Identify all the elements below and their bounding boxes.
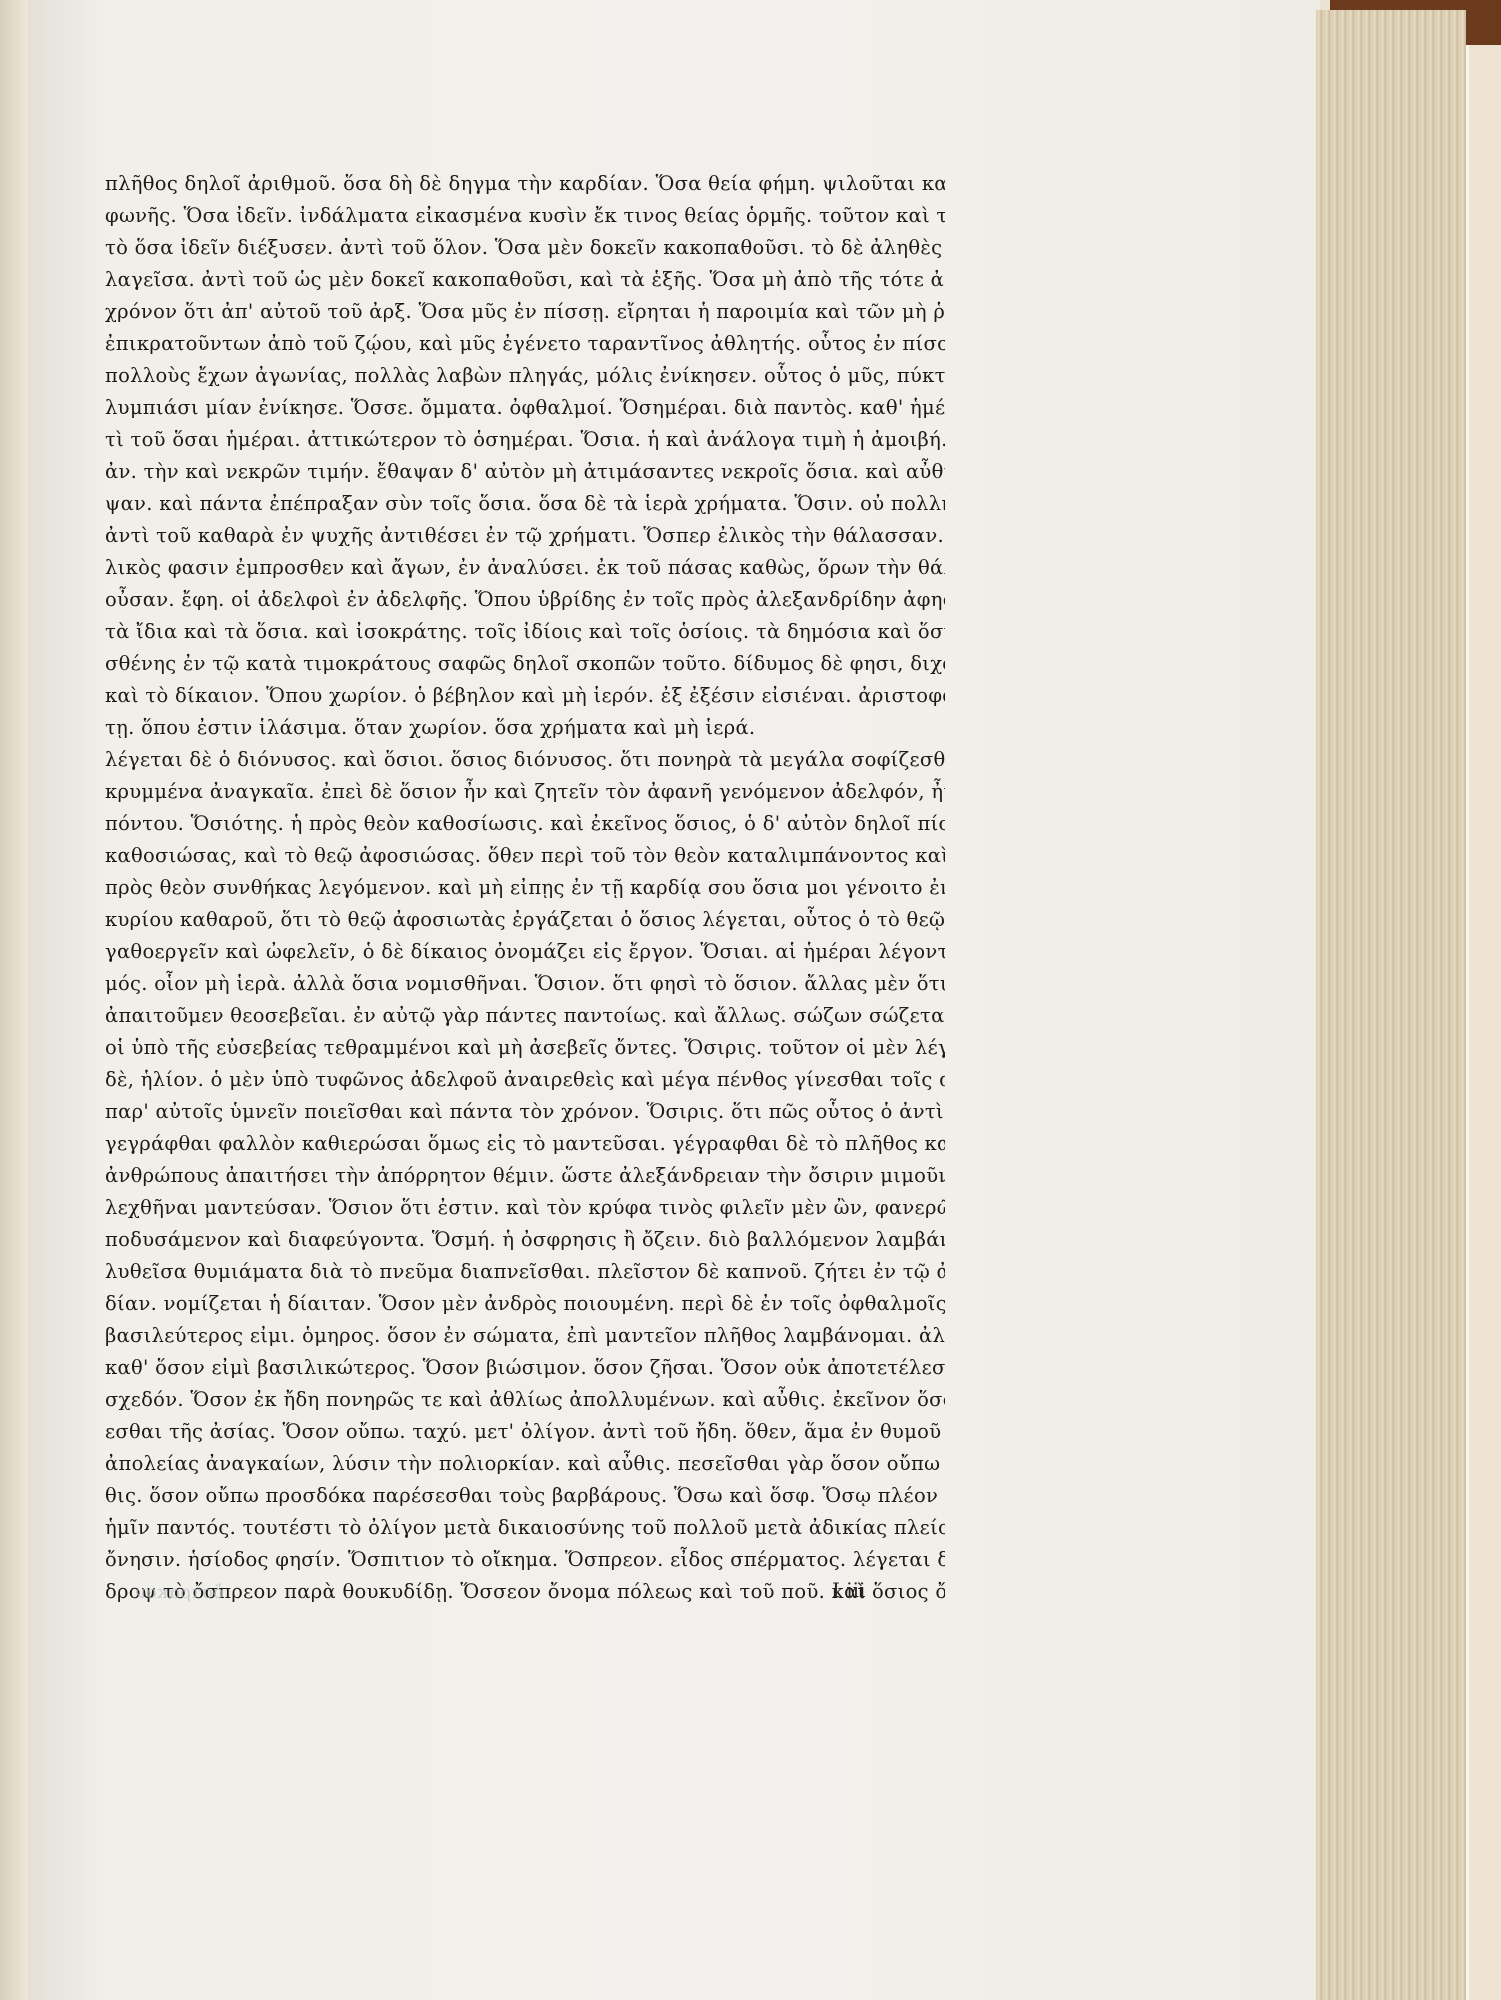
text-line: ἀπολείας ἀναγκαίων, λύσιν τὴν πολιορκίαν…: [105, 1448, 945, 1480]
text-line: καθ' ὅσον εἰμὶ βασιλικώτερος. Ὅσον βιώσι…: [105, 1352, 945, 1384]
text-line: τὶ τοῦ ὅσαι ἡμέραι. ἀττικώτερον τὸ ὁσημέ…: [105, 424, 945, 456]
text-line: δροψ τὸ ὄσπρεον παρὰ θουκυδίδῃ. Ὅσσεον ὄ…: [105, 1576, 945, 1608]
text-line: θις. ὅσον οὔπω προσδόκα παρέσεσθαι τοὺς …: [105, 1480, 945, 1512]
text-line: πρὸς θεὸν συνθήκας λεγόμενον. καὶ μὴ εἰπ…: [105, 872, 945, 904]
text-line: κρυμμένα ἀναγκαῖα. ἐπεὶ δὲ ὅσιον ἦν καὶ …: [105, 776, 945, 808]
text-line: βασιλεύτερος εἰμι. ὁμηρος. ὅσον ἐν σώματ…: [105, 1320, 945, 1352]
text-line: ψαν. καὶ πάντα ἐπέπραξαν σὺν τοῖς ὅσια. …: [105, 488, 945, 520]
page-block-edges: [1316, 10, 1466, 2000]
text-line: τὰ ἴδια καὶ τὰ ὅσια. καὶ ἰσοκράτης. τοῖς…: [105, 616, 945, 648]
text-line: σχεδόν. Ὅσον ἐκ ἤδη πονηρῶς τε καὶ ἀθλίω…: [105, 1384, 945, 1416]
text-line: οἱ ὑπὸ τῆς εὐσεβείας τεθραμμένοι καὶ μὴ …: [105, 1032, 945, 1064]
facing-page-edge: [0, 0, 30, 2000]
text-line: ἀπαιτοῦμεν θεοσεβεῖαι. ἐν αὐτῷ γὰρ πάντε…: [105, 1000, 945, 1032]
text-line: φωνῆς. Ὅσα ἰδεῖν. ἰνδάλματα εἰκασμένα κυ…: [105, 200, 945, 232]
text-line: ἀν. τὴν καὶ νεκρῶν τιμήν. ἔθαψαν δ' αὐτὸ…: [105, 456, 945, 488]
text-line: εσθαι τῆς ἀσίας. Ὅσον οὔπω. ταχύ. μετ' ὀ…: [105, 1416, 945, 1448]
text-line: καθοσιώσας, καὶ τὸ θεῷ ἀφοσιώσας. ὅθεν π…: [105, 840, 945, 872]
show-through-text: ὄστρακον: [135, 1582, 224, 1603]
text-line: δίαν. νομίζεται ἡ δίαιταν. Ὅσον μὲν ἀνδρ…: [105, 1288, 945, 1320]
text-line: πολλοὺς ἔχων ἀγωνίας, πολλὰς λαβὼν πληγά…: [105, 360, 945, 392]
text-line: γεγράφθαι φαλλὸν καθιερώσαι ὅμως εἰς τὸ …: [105, 1128, 945, 1160]
text-line: λυμπιάσι μίαν ἐνίκησε. Ὅσσε. ὄμματα. ὀφθ…: [105, 392, 945, 424]
text-line: ποδυσάμενον καὶ διαφεύγοντα. Ὅσμή. ἡ ὀσφ…: [105, 1224, 945, 1256]
text-line: ἡμῖν παντός. τουτέστι τὸ ὀλίγον μετὰ δικ…: [105, 1512, 945, 1544]
text-line: πόντου. Ὅσιότης. ἡ πρὸς θεὸν καθοσίωσις.…: [105, 808, 945, 840]
text-line: λέγεται δὲ ὁ διόνυσος. καὶ ὅσιοι. ὅσιος …: [105, 744, 945, 776]
text-line: σθένης ἐν τῷ κατὰ τιμοκράτους σαφῶς δηλο…: [105, 648, 945, 680]
text-block: πλῆθος δηλοῖ ἀριθμοῦ. ὅσα δὴ δὲ δηγμα τὴ…: [105, 168, 945, 1608]
text-line: λεχθῆναι μαντεύσαν. Ὅσιον ὅτι ἐστιν. καὶ…: [105, 1192, 945, 1224]
text-line: χρόνον ὅτι ἀπ' αὐτοῦ τοῦ ἀρξ. Ὅσα μῦς ἐν…: [105, 296, 945, 328]
text-line: παρ' αὐτοῖς ὑμνεῖν ποιεῖσθαι καὶ πάντα τ…: [105, 1096, 945, 1128]
text-line: κυρίου καθαροῦ, ὅτι τὸ θεῷ ἀφοσιωτὰς ἐργ…: [105, 904, 945, 936]
book-board: [1466, 45, 1501, 2000]
text-line: ὄνησιν. ἡσίοδος φησίν. Ὅσπιτιον τὸ οἴκημ…: [105, 1544, 945, 1576]
text-line: τὸ ὅσα ἰδεῖν διέξυσεν. ἀντὶ τοῦ ὅλον. Ὅσ…: [105, 232, 945, 264]
text-line: τῃ. ὅπου ἐστιν ἱλάσιμα. ὅταν χωρίον. ὅσα…: [105, 712, 945, 744]
text-line: ἀνθρώπους ἀπαιτήσει τὴν ἀπόρρητον θέμιν.…: [105, 1160, 945, 1192]
text-line: ἐπικρατοῦντων ἀπὸ τοῦ ζῴου, καὶ μῦς ἐγέν…: [105, 328, 945, 360]
text-line: πλῆθος δηλοῖ ἀριθμοῦ. ὅσα δὴ δὲ δηγμα τὴ…: [105, 168, 945, 200]
signature-mark: I iii: [832, 1578, 865, 1602]
text-line: γαθοεργεῖν καὶ ὠφελεῖν, ὁ δὲ δίκαιος ὀνο…: [105, 936, 945, 968]
text-line: λικὸς φασιν ἐμπροσθεν καὶ ἄγων, ἐν ἀναλύ…: [105, 552, 945, 584]
text-line: μός. οἷον μὴ ἱερὰ. ἀλλὰ ὅσια νομισθῆναι.…: [105, 968, 945, 1000]
text-line: ἀντὶ τοῦ καθαρὰ ἐν ψυχῆς ἀντιθέσει ἐν τῷ…: [105, 520, 945, 552]
text-line: λυθεῖσα θυμιάματα διὰ τὸ πνεῦμα διαπνεῖσ…: [105, 1256, 945, 1288]
text-line: καὶ τὸ δίκαιον. Ὅπου χωρίον. ὁ βέβηλον κ…: [105, 680, 945, 712]
text-line: λαγεῖσα. ἀντὶ τοῦ ὡς μὲν δοκεῖ κακοπαθοῦ…: [105, 264, 945, 296]
text-line: οὖσαν. ἔφη. οἱ ἀδελφοὶ ἐν ἀδελφῆς. Ὅπου …: [105, 584, 945, 616]
text-line: δὲ, ἡλίον. ὁ μὲν ὑπὸ τυφῶνος ἀδελφοῦ ἀνα…: [105, 1064, 945, 1096]
